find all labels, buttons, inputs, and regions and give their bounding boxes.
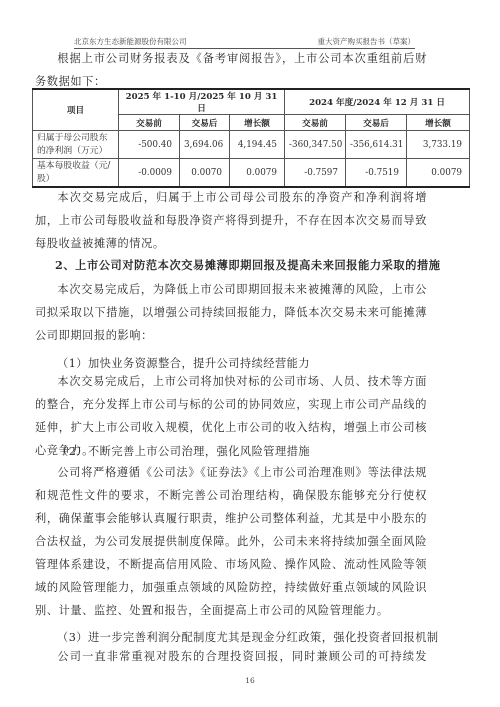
subheader-growth: 增长额 <box>407 115 470 131</box>
period-2025-header: 2025 年 1-10 月/2025 年 10 月 31 日 <box>119 89 285 115</box>
paragraph-result: 本次交易完成后，归属于上市公司母公司股东的净资产和净利润将增加，上市公司每股收益… <box>35 186 427 255</box>
cell-value: -0.0009 <box>119 159 180 188</box>
cell-value: 3,733.19 <box>407 131 470 159</box>
subheader-growth: 增长额 <box>230 115 285 131</box>
row-label: 归属于母公司股东的净利润（万元） <box>33 131 119 159</box>
subheader-after: 交易后 <box>180 115 230 131</box>
measure-1-heading: （1）加快业务资源整合，提升公司持续经营能力 <box>57 355 310 371</box>
measure-2-heading: （2）不断完善上市公司治理，强化风险管理措施 <box>57 443 310 459</box>
cell-value: 4,194.45 <box>230 131 285 159</box>
paragraph-measure-2: 公司将严格遵循《公司法》《证券法》《上市公司治理准则》等法律法规和规范性文件的要… <box>35 461 427 622</box>
subheader-after: 交易后 <box>346 115 407 131</box>
section-2-heading: 2、上市公司对防范本次交易摊薄即期回报及提高未来回报能力采取的措施 <box>55 257 441 273</box>
row-label: 基本每股收益（元/股） <box>33 159 119 188</box>
item-column-header: 项目 <box>33 89 119 131</box>
table-row: 基本每股收益（元/股） -0.0009 0.0070 0.0079 -0.759… <box>33 159 470 188</box>
page-number: 16 <box>0 676 500 685</box>
cell-value: -0.7519 <box>346 159 407 188</box>
cell-value: 0.0079 <box>407 159 470 188</box>
measure-3-heading: （3）进一步完善利润分配制度尤其是现金分红政策，强化投资者回报机制 <box>57 629 439 645</box>
paragraph-measures-intro: 本次交易完成后，为降低上市公司即期回报未来被摊薄的风险，上市公司拟采取以下措施，… <box>35 278 427 347</box>
intro-paragraph: 根据上市公司财务报表及《备考审阅报告》，上市公司本次重组前后财务数据如下： <box>35 47 427 93</box>
subheader-before: 交易前 <box>285 115 346 131</box>
financial-comparison-table: 项目 2025 年 1-10 月/2025 年 10 月 31 日 2024 年… <box>32 88 470 188</box>
paragraph-measure-3: 公司一直非常重视对股东的合理投资回报，同时兼顾公司的可持续发展，制 <box>35 645 427 668</box>
cell-value: 3,694.06 <box>180 131 230 159</box>
cell-value: 0.0070 <box>180 159 230 188</box>
cell-value: -356,614.31 <box>346 131 407 159</box>
document-title: 重大资产购买报告书（草案） <box>318 36 416 47</box>
cell-value: 0.0079 <box>230 159 285 188</box>
table-row: 归属于母公司股东的净利润（万元） -500.40 3,694.06 4,194.… <box>33 131 470 159</box>
subheader-before: 交易前 <box>119 115 180 131</box>
cell-value: -0.7597 <box>285 159 346 188</box>
cell-value: -500.40 <box>119 131 180 159</box>
period-2024-header: 2024 年度/2024 年 12 月 31 日 <box>285 89 470 115</box>
company-name: 北京东方生态新能源股份有限公司 <box>74 36 187 47</box>
table-header-row: 项目 2025 年 1-10 月/2025 年 10 月 31 日 2024 年… <box>33 89 470 115</box>
cell-value: -360,347.50 <box>285 131 346 159</box>
